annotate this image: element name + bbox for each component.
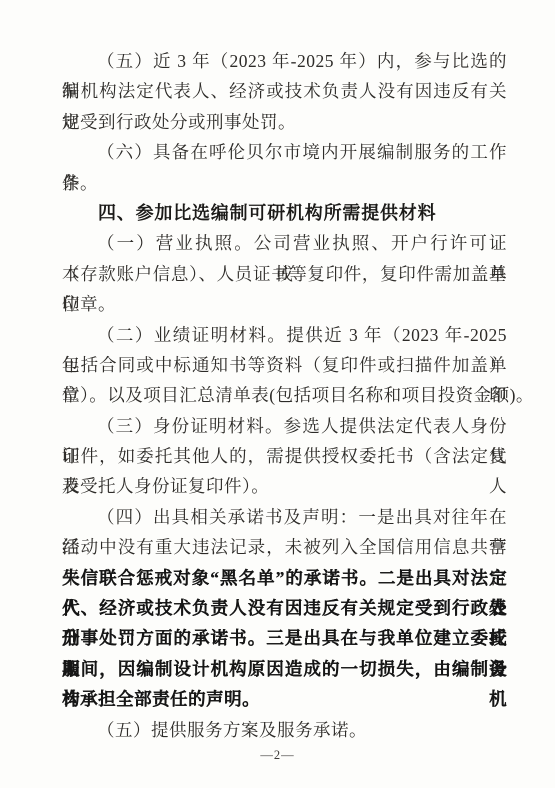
paragraph-line: 印章。 <box>62 289 507 319</box>
section-heading: 四、参加比选编制可研机构所需提供材料 <box>62 198 507 228</box>
page-number: —2— <box>0 748 555 763</box>
paragraph-line: 期间，因编制设计机构原因造成的一切损失，由编制设计机 <box>62 654 507 684</box>
paragraph-line: （二）业绩证明材料。提供近 3 年（2023 年-2025 年） <box>62 320 507 350</box>
document-body: （五）近 3 年（2023 年-2025 年）内，参与比选的编 制机构法定代表人… <box>62 46 507 745</box>
paragraph-line: 本存款账户信息）、人员证书等复印件，复印件需加盖单位 <box>62 259 507 289</box>
paragraph-line: 印件，如委托其他人的，需提供授权委托书（含法定代表人 <box>62 441 507 471</box>
paragraph-line: （五）提供服务方案及服务承诺。 <box>62 715 507 745</box>
paragraph-line: 件。 <box>62 168 507 198</box>
paragraph-line: 制机构法定代表人、经济或技术负责人没有因违反有关规 <box>62 76 507 106</box>
paragraph-line: （一）营业执照。公司营业执照、开户行许可证（或基 <box>62 228 507 258</box>
paragraph-line: （六）具备在呼伦贝尔市境内开展编制服务的工作条 <box>62 137 507 167</box>
paragraph-line: 定受到行政处分或刑事处罚。 <box>62 107 507 137</box>
paragraph-line: （五）近 3 年（2023 年-2025 年）内，参与比选的编 <box>62 46 507 76</box>
document-page: （五）近 3 年（2023 年-2025 年）内，参与比选的编 制机构法定代表人… <box>0 0 555 788</box>
paragraph-line: （四）出具相关承诺书及声明：一是出具对往年在经营 <box>62 502 507 532</box>
paragraph-line: 包括合同或中标通知书等资料（复印件或扫描件加盖单位印 <box>62 350 507 380</box>
paragraph-line: （三）身份证明材料。参选人提供法定代表人身份证复 <box>62 411 507 441</box>
paragraph-line: 人、经济或技术负责人没有因违反有关规定受到行政处分或 <box>62 593 507 623</box>
paragraph-line: 活动中没有重大违法记录，未被列入全国信用信息共享平台 <box>62 532 507 562</box>
paragraph-line: 失信联合惩戒对象“黑名单”的承诺书。二是出具对法定代表 <box>62 563 507 593</box>
paragraph-line: 刑事处罚方面的承诺书。三是出具在与我单位建立委托服务 <box>62 623 507 653</box>
paragraph-line: 章）。以及项目汇总清单表(包括项目名称和项目投资金额)。 <box>62 380 507 410</box>
